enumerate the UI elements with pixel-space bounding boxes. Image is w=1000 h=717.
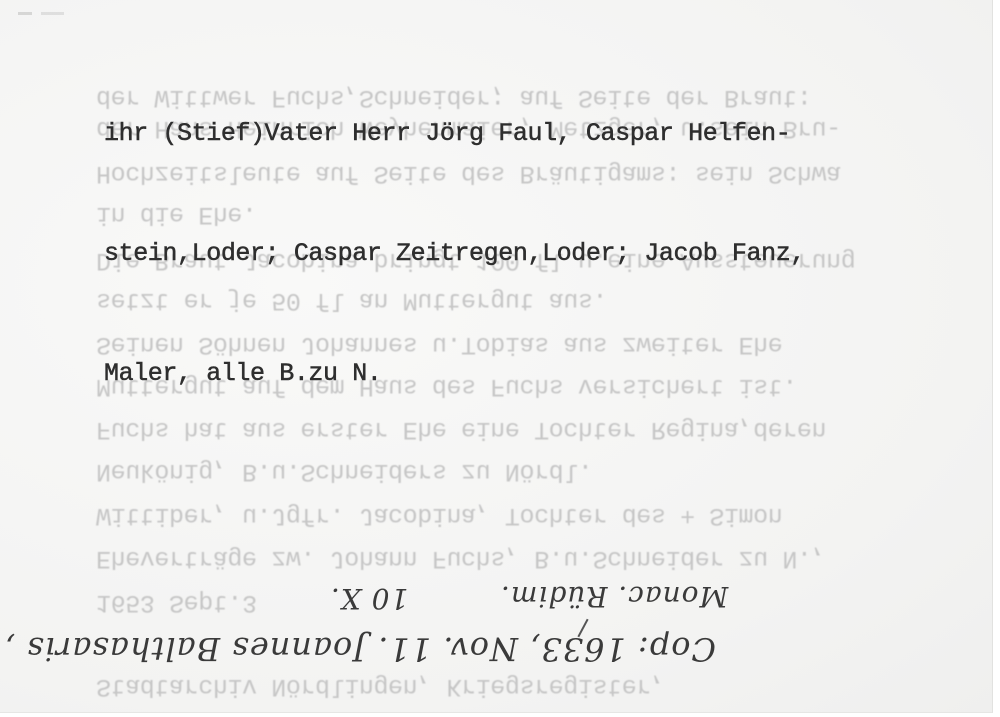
handwritten-note-citation: Cop: 1633, Nov. 11. Joannes Balthasaris …	[4, 630, 716, 668]
bleed-line: 1653 Sept.3	[96, 587, 257, 617]
document-card: der Wittwer Fuchs,Schneider; auf Seite d…	[0, 0, 993, 713]
bleed-line: Stadtarchiv Nördlingen, Kriegsregister,	[96, 671, 666, 701]
handwritten-note-archive: Monac. Rüdim.	[500, 580, 728, 613]
bleed-line: Eheverträge zw. Johann Fuchs, B.u.Schnei…	[96, 543, 826, 573]
typed-line: ihr (Stief)Vater Herr Jörg Faul, Caspar …	[104, 114, 805, 154]
typed-line: Maler, alle B.zu N.	[104, 354, 805, 394]
edge-smudge	[18, 12, 64, 15]
typed-line: stein,Loder; Caspar Zeitregen,Loder; Jac…	[104, 234, 805, 274]
handwritten-note-number: 10 X.	[330, 582, 408, 615]
typed-text-block: ihr (Stief)Vater Herr Jörg Faul, Caspar …	[104, 34, 805, 474]
bleed-line: Wittiber, u.Jgfr. Jacobina, Tochter des …	[96, 500, 782, 530]
